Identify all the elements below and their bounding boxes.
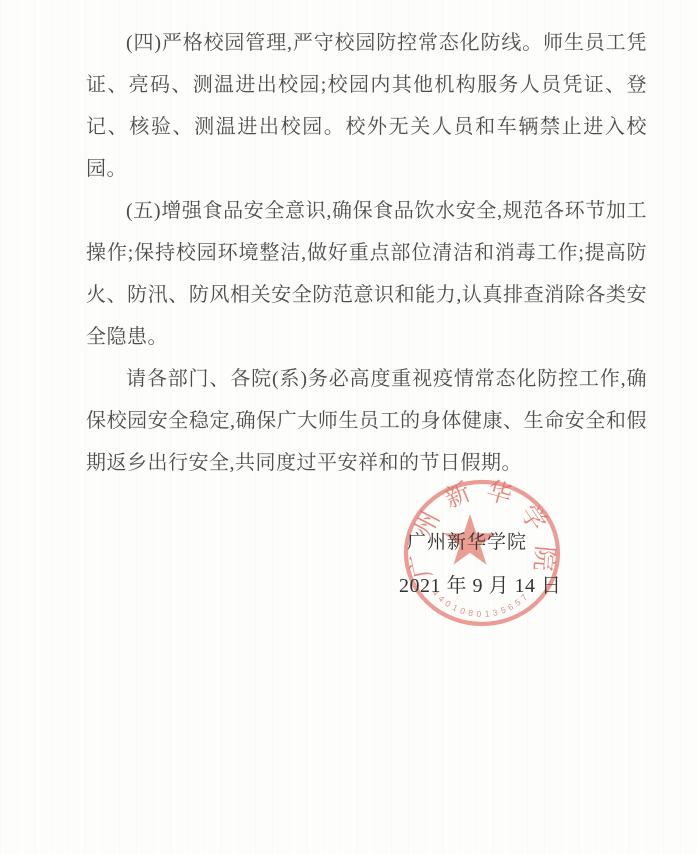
- signature-date: 2021 年 9 月 14 日: [399, 569, 562, 598]
- official-seal: 广州新华学院 4401080135657: [398, 476, 568, 634]
- paragraph-item-5: (五)增强食品安全意识,确保食品饮水安全,规范各环节加工操作;保持校园环境整洁,…: [86, 190, 647, 358]
- paragraph-item-4: (四)严格校园管理,严守校园防控常态化防线。师生员工凭证、亮码、测温进出校园;校…: [86, 22, 647, 190]
- notice-body: (四)严格校园管理,严守校园防控常态化防线。师生员工凭证、亮码、测温进出校园;校…: [86, 22, 647, 484]
- document-page: (四)严格校园管理,严守校园防控常态化防线。师生员工凭证、亮码、测温进出校园;校…: [0, 0, 697, 854]
- signature-institution: 广州新华学院: [407, 527, 527, 554]
- paragraph-closing: 请各部门、各院(系)务必高度重视疫情常态化防控工作,确保校园安全稳定,确保广大师…: [86, 358, 647, 484]
